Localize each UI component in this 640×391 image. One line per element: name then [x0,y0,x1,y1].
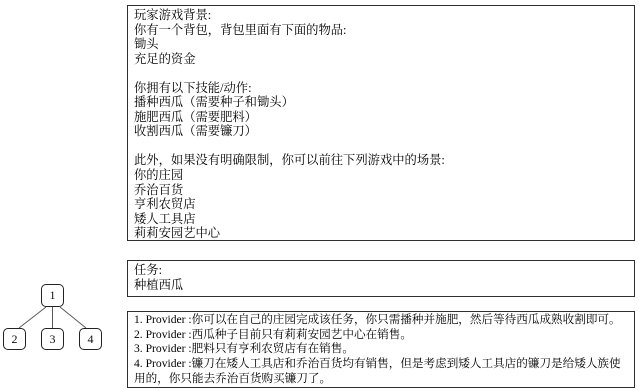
text-line: 矮人工具店 [134,212,628,227]
text-line: 3. Provider :肥料只有亨利农贸店有在销售。 [134,342,628,357]
text-line: 种植西瓜 [134,278,628,293]
text-line: 任务: [134,263,628,278]
tree-node-3: 3 [41,328,64,350]
task-box: 任务:种植西瓜 [127,260,635,297]
player-background-box: 玩家游戏背景:你有一个背包，背包里面有下面的物品:锄头充足的资金 你拥有以下技能… [127,5,635,241]
tree-node-1: 1 [41,284,64,307]
text-line: 1. Provider :你可以在自己的庄园完成该任务，你只需播种并施肥，然后等… [134,313,628,328]
text-line: 你的庄园 [134,168,628,183]
text-line: 收割西瓜（需要镰刀） [134,124,628,139]
text-line: 此外，如果没有明确限制，你可以前往下列游戏中的场景: [134,153,628,168]
text-line: 莉莉安园艺中心 [134,226,628,241]
providers-box: 1. Provider :你可以在自己的庄园完成该任务，你只需播种并施肥，然后等… [127,311,635,388]
text-line: 4. Provider :镰刀在矮人工具店和乔治百货均有销售，但是考虑到矮人工具… [134,357,628,386]
text-line: 亨利农贸店 [134,197,628,212]
text-line [134,66,628,81]
text-line: 播种西瓜（需要种子和锄头） [134,95,628,110]
text-line: 锄头 [134,37,628,52]
text-line: 你拥有以下技能/动作: [134,81,628,96]
tree-node-4: 4 [79,328,102,350]
tree-node-2: 2 [3,328,26,350]
figure-canvas: 玩家游戏背景:你有一个背包，背包里面有下面的物品:锄头充足的资金 你拥有以下技能… [0,0,640,391]
text-line: 玩家游戏背景: [134,8,628,23]
text-line [134,139,628,154]
text-line: 施肥西瓜（需要肥料） [134,110,628,125]
text-line: 乔治百货 [134,183,628,198]
text-line: 你有一个背包，背包里面有下面的物品: [134,23,628,38]
tree-edge-1-2 [19,307,46,328]
text-line: 充足的资金 [134,52,628,67]
tree-edge-1-4 [60,307,86,328]
text-line: 2. Provider :西瓜种子目前只有莉莉安园艺中心在销售。 [134,328,628,343]
